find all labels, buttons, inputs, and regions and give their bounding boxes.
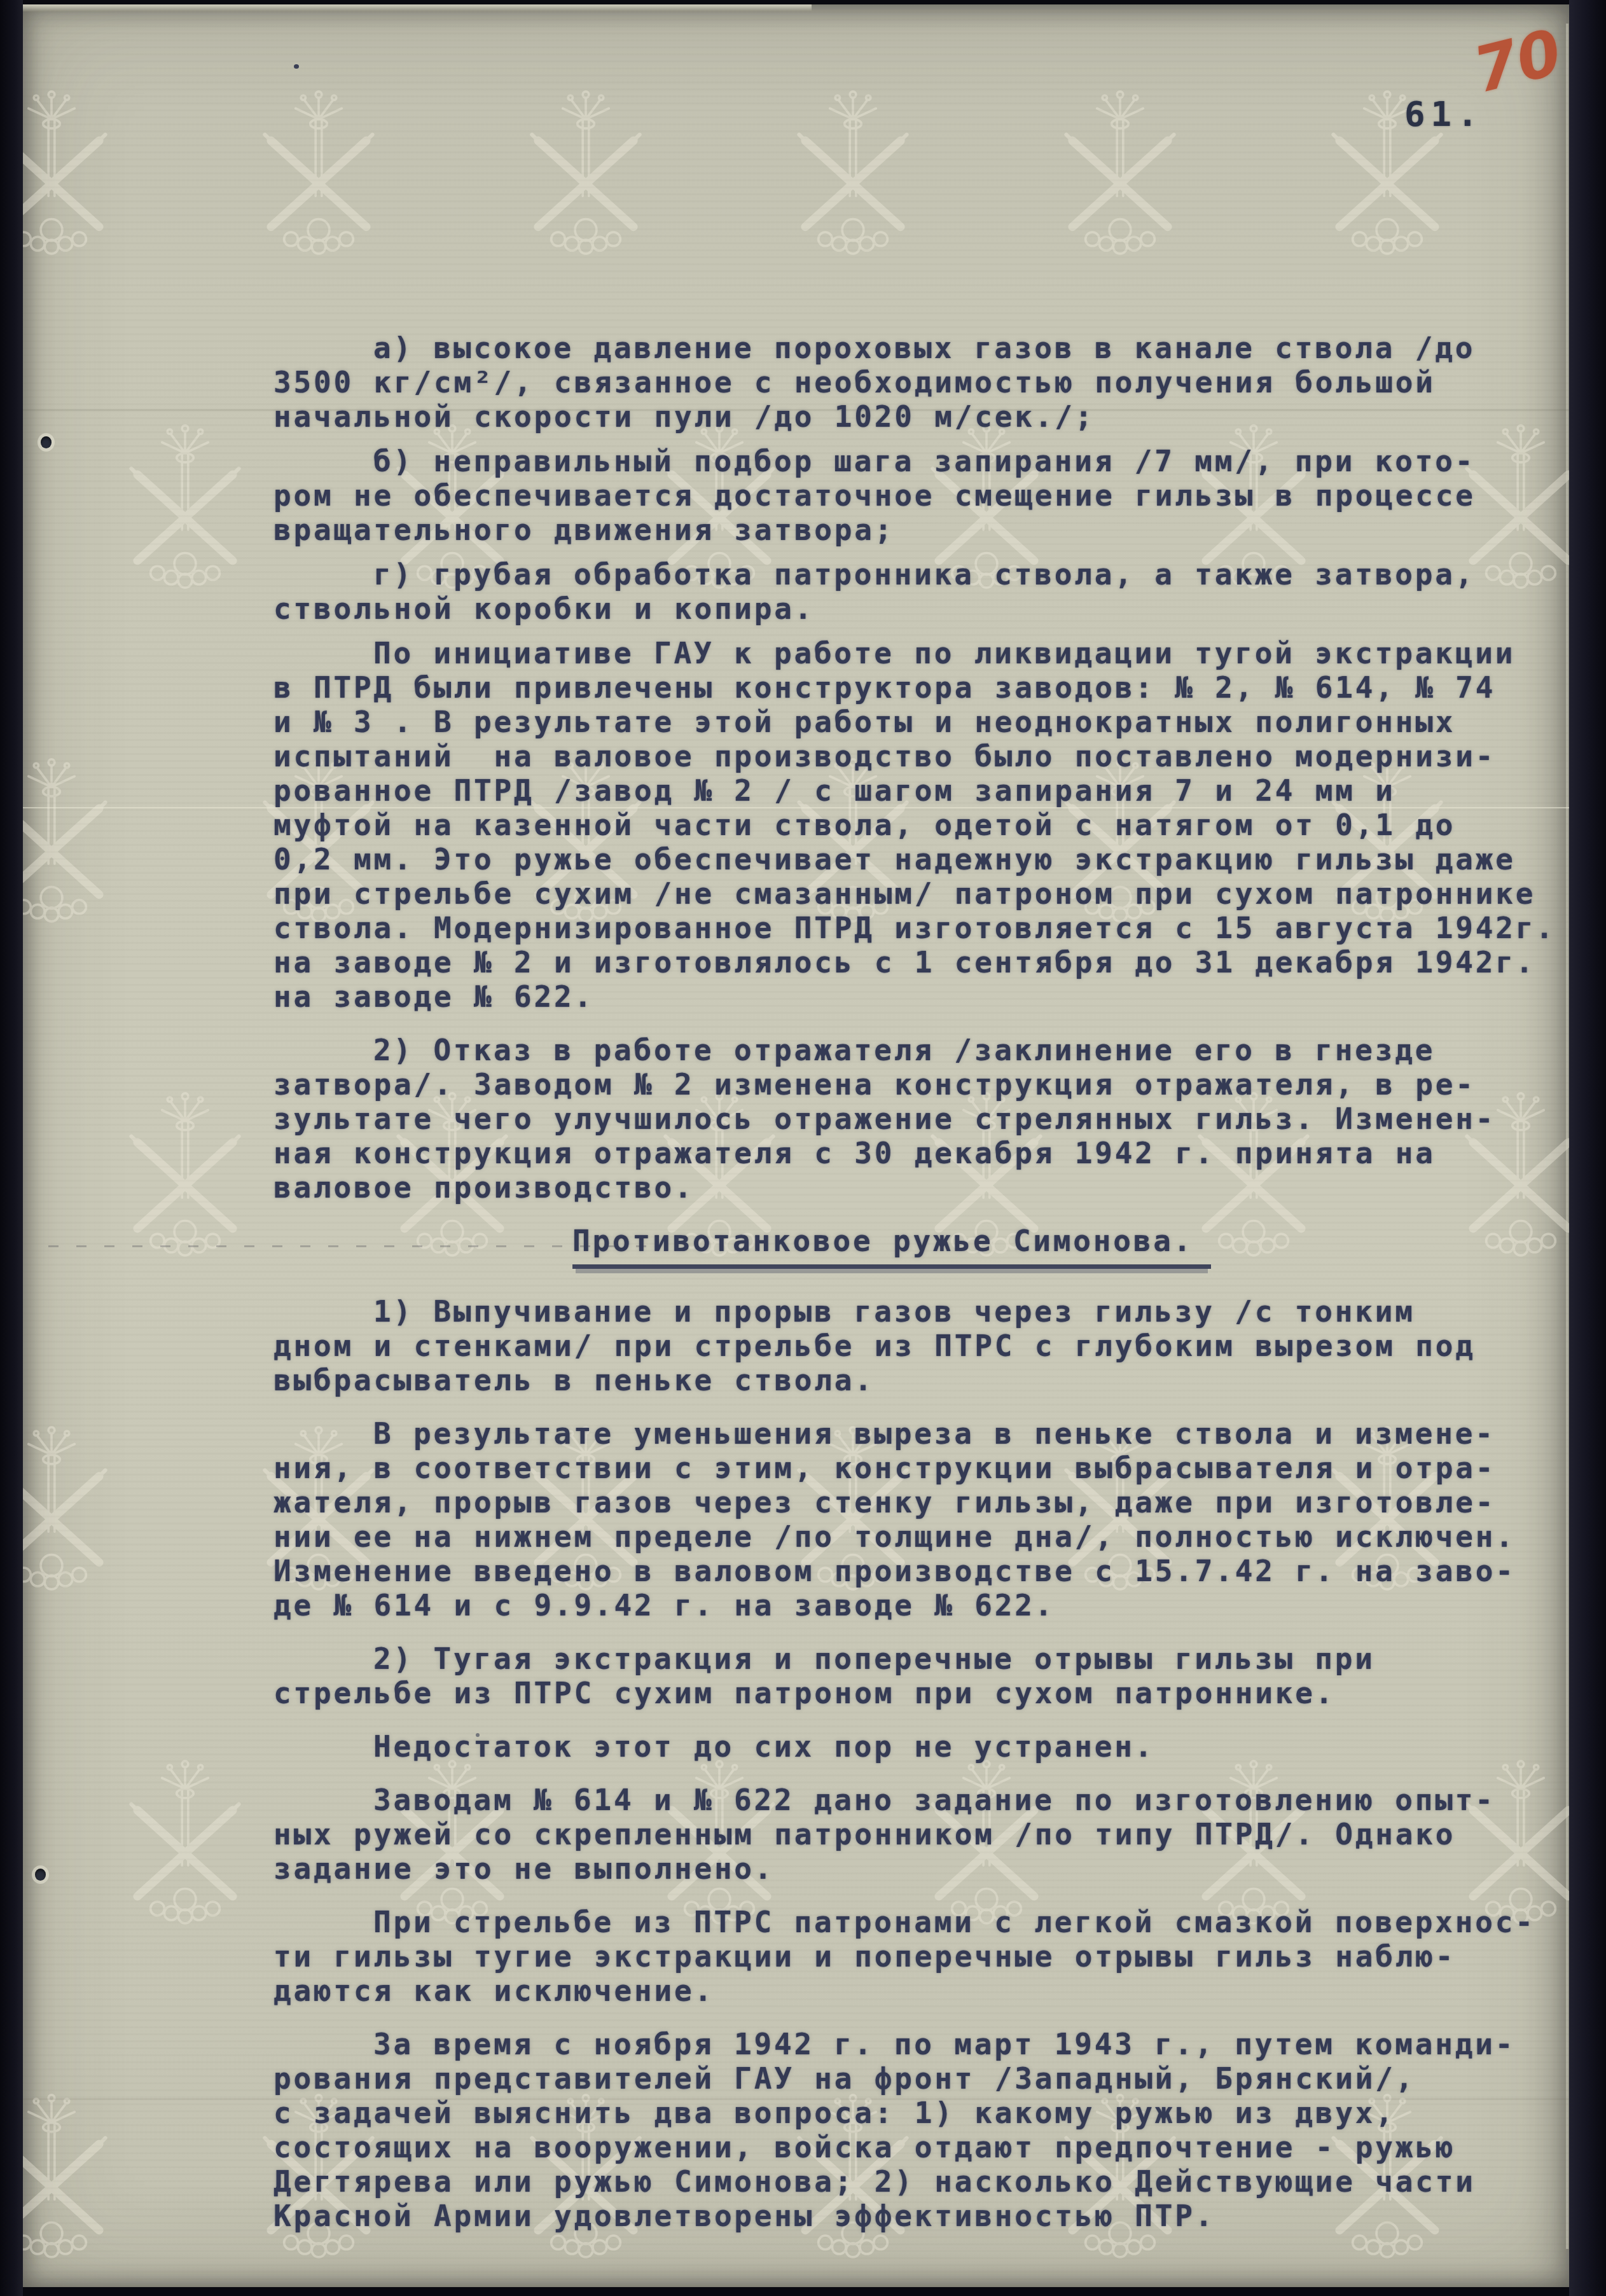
text-line: ром не обеспечивается достаточное смещен… — [273, 478, 1571, 513]
text-line: Противотанковое ружье Симонова. — [572, 1224, 1193, 1258]
crossed-cannons-artillery-emblem-icon — [239, 81, 398, 265]
paragraph-item-g: г) грубая обработка патронника ствола, а… — [273, 557, 1571, 626]
text-line: При стрельбе из ПТРС патронами с легкой … — [273, 1905, 1571, 1939]
text-line: выбрасыватель в пеньке ствола. — [273, 1363, 1571, 1397]
crossed-cannons-artillery-emblem-icon — [23, 2084, 131, 2269]
text-line: 2) Тугая экстракция и поперечные отрывы … — [273, 1642, 1571, 1676]
text-line: рованное ПТРД /завод № 2 / с шагом запир… — [273, 773, 1571, 808]
scan-border-bottom — [0, 2287, 1606, 2296]
crossed-cannons-artillery-emblem-icon — [23, 749, 131, 933]
crossed-cannons-artillery-emblem-icon — [106, 1082, 265, 1267]
crossed-cannons-artillery-emblem-icon — [106, 415, 265, 599]
text-line: 3500 кг/см²/, связанное с необходимостью… — [273, 365, 1571, 399]
text-line: с задачей выяснить два вопроса: 1) каком… — [273, 2096, 1571, 2130]
text-line: начальной скорости пули /до 1020 м/сек./… — [273, 399, 1571, 434]
crossed-cannons-artillery-emblem-icon — [23, 1416, 131, 1601]
paragraph-simonov-defect-2-status: Недостаток этот до сих пор не устранен. — [273, 1729, 1571, 1764]
text-line: Заводам № 614 и № 622 дано задание по из… — [273, 1783, 1571, 1817]
text-line: ти гильзы тугие экстракции и поперечные … — [273, 1939, 1571, 1974]
text-line: испытаний на валовое производство было п… — [273, 739, 1571, 773]
scan-border-right — [1569, 0, 1606, 2296]
text-line: в ПТРД были привлечены конструктора заво… — [273, 670, 1571, 705]
paragraph-simonov-defect-1-fix: В результате уменьшения выреза в пеньке … — [273, 1416, 1571, 1622]
text-line: валовое производство. — [273, 1170, 1571, 1205]
typewritten-text-block: а) высокое давление пороховых газов в ка… — [273, 331, 1571, 2252]
paragraph-simonov-heading: Противотанковое ружье Симонова. — [572, 1224, 1211, 1269]
paragraph-factories-task: Заводам № 614 и № 622 дано задание по из… — [273, 1783, 1571, 1886]
crossed-cannons-artillery-emblem-icon — [773, 81, 932, 265]
paragraph-item-a: а) высокое давление пороховых газов в ка… — [273, 331, 1571, 434]
text-line: Изменение введено в валовом производстве… — [273, 1554, 1571, 1588]
text-line: на заводе № 2 и изготовлялось с 1 сентяб… — [273, 945, 1571, 979]
text-line: зультате чего улучшилось отражение стрел… — [273, 1102, 1571, 1136]
text-line: де № 614 и с 9.9.42 г. на заводе № 622. — [273, 1588, 1571, 1622]
page-number: 61. — [1404, 94, 1484, 134]
text-line: муфтой на казенной части ствола, одетой … — [273, 808, 1571, 842]
text-line: дном и стенками/ при стрельбе из ПТРС с … — [273, 1329, 1571, 1363]
text-line: 2) Отказ в работе отражателя /заклинение… — [273, 1033, 1571, 1067]
text-line: жателя, прорыв газов через стенку гильзы… — [273, 1485, 1571, 1519]
crossed-cannons-artillery-emblem-icon — [506, 81, 665, 265]
text-line: ствола. Модернизированное ПТРД изготовля… — [273, 911, 1571, 945]
text-line: Недостаток этот до сих пор не устранен. — [273, 1729, 1571, 1764]
text-line: г) грубая обработка патронника ствола, а… — [273, 557, 1571, 591]
paragraph-item-2-reflector: 2) Отказ в работе отражателя /заклинение… — [273, 1033, 1571, 1205]
text-line: на заводе № 622. — [273, 979, 1571, 1014]
crossed-cannons-artillery-emblem-icon — [106, 1750, 265, 1935]
text-line: стрельбе из ПТРС сухим патроном при сухо… — [273, 1676, 1571, 1710]
paragraph-front-survey: За время с ноября 1942 г. по март 1943 г… — [273, 2027, 1571, 2233]
scan-border-top — [0, 0, 1606, 4]
text-line: нии ее на нижнем пределе /по толщине дна… — [273, 1519, 1571, 1554]
punch-hole — [41, 436, 52, 448]
text-line: даются как исключение. — [273, 1974, 1571, 2008]
text-line: Красной Армии удовлетворены эффективност… — [273, 2199, 1571, 2233]
paragraph-ptrd-modernization: По инициативе ГАУ к работе по ликвидации… — [273, 636, 1571, 1014]
text-line: рования представителей ГАУ на фронт /Зап… — [273, 2061, 1571, 2096]
text-line: и № 3 . В результате этой работы и неодн… — [273, 705, 1571, 739]
paragraph-simonov-defect-1: 1) Выпучивание и прорыв газов через гиль… — [273, 1294, 1571, 1397]
text-line: В результате уменьшения выреза в пеньке … — [273, 1416, 1571, 1451]
underlying-sheet-edge — [23, 4, 812, 11]
text-line: ния, в соответствии с этим, конструкции … — [273, 1451, 1571, 1485]
paragraph-lubricated-cartridges: При стрельбе из ПТРС патронами с легкой … — [273, 1905, 1571, 2008]
paragraph-simonov-defect-2: 2) Тугая экстракция и поперечные отрывы … — [273, 1642, 1571, 1710]
text-line: вращательного движения затвора; — [273, 513, 1571, 547]
crossed-cannons-artillery-emblem-icon — [1041, 81, 1200, 265]
text-line: По инициативе ГАУ к работе по ликвидации… — [273, 636, 1571, 670]
text-line: ных ружей со скрепленным патронником /по… — [273, 1817, 1571, 1851]
punch-hole — [35, 1869, 46, 1881]
scan-border-left — [0, 0, 23, 2296]
text-line: затвора/. Заводом № 2 изменена конструкц… — [273, 1067, 1571, 1102]
text-line: задание это не выполнено. — [273, 1851, 1571, 1886]
text-line: ная конструкция отражателя с 30 декабря … — [273, 1136, 1571, 1170]
text-line: состоящих на вооружении, войска отдают п… — [273, 2130, 1571, 2164]
text-line: 1) Выпучивание и прорыв газов через гиль… — [273, 1294, 1571, 1329]
text-line: ствольной коробки и копира. — [273, 591, 1571, 626]
text-line: Дегтярева или ружью Симонова; 2) насколь… — [273, 2164, 1571, 2199]
paragraph-item-b: б) неправильный подбор шага запирания /7… — [273, 444, 1571, 547]
text-line: а) высокое давление пороховых газов в ка… — [273, 331, 1571, 365]
ink-speck — [294, 64, 299, 69]
text-line: За время с ноября 1942 г. по март 1943 г… — [273, 2027, 1571, 2061]
text-line: б) неправильный подбор шага запирания /7… — [273, 444, 1571, 478]
text-line: при стрельбе сухим /не смазанным/ патрон… — [273, 876, 1571, 911]
text-line: 0,2 мм. Это ружье обеспечивает надежную … — [273, 842, 1571, 876]
scanned-document-page: 70 61. а) высокое давление пороховых газ… — [0, 0, 1606, 2296]
crossed-cannons-artillery-emblem-icon — [23, 81, 131, 265]
